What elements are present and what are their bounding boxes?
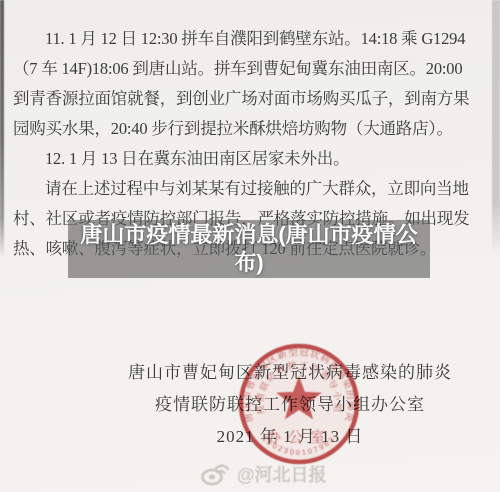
document-line: 11. 1 月 12 日 12:30 拼车自濮阳到鹤壁东站。14:18 乘 G1… [13,24,495,54]
document-line: 请在上述过程中与刘某某有过接触的广大群众，立即向当地 [13,174,495,204]
document-line: 12. 1 月 13 日在冀东油田南区居家未外出。 [13,144,495,174]
document-line: 园购买水果，20:40 步行到提拉米酥烘焙坊购物（大通路店）。 [13,114,495,144]
document-line: （7 车 14F)18:06 到唐山站。拼车到曹妃甸冀东油田南区。20:00 [13,54,495,84]
weibo-watermark: @河北日报 [200,460,327,488]
official-seal: 唐山市曹妃甸区新型冠状病毒感染的肺炎 疫情联防联控工作领导小组 办公室 1302… [236,341,362,467]
headline-line: 布) [234,249,263,277]
weibo-icon [200,461,232,487]
scanned-notice-photo: 11. 1 月 12 日 12:30 拼车自濮阳到鹤壁东站。14:18 乘 G1… [0,0,500,492]
photo-edge-left-shadow [0,0,4,258]
document-line: 到青香源拉面馆就餐，到创业广场对面市场购买瓜子，到南方果 [13,84,495,114]
headline-overlay-banner: 唐山市疫情最新消息(唐山市疫情公 布) [68,220,430,278]
headline-line: 唐山市疫情最新消息(唐山市疫情公 [80,221,417,249]
watermark-text: @河北日报 [237,461,327,487]
